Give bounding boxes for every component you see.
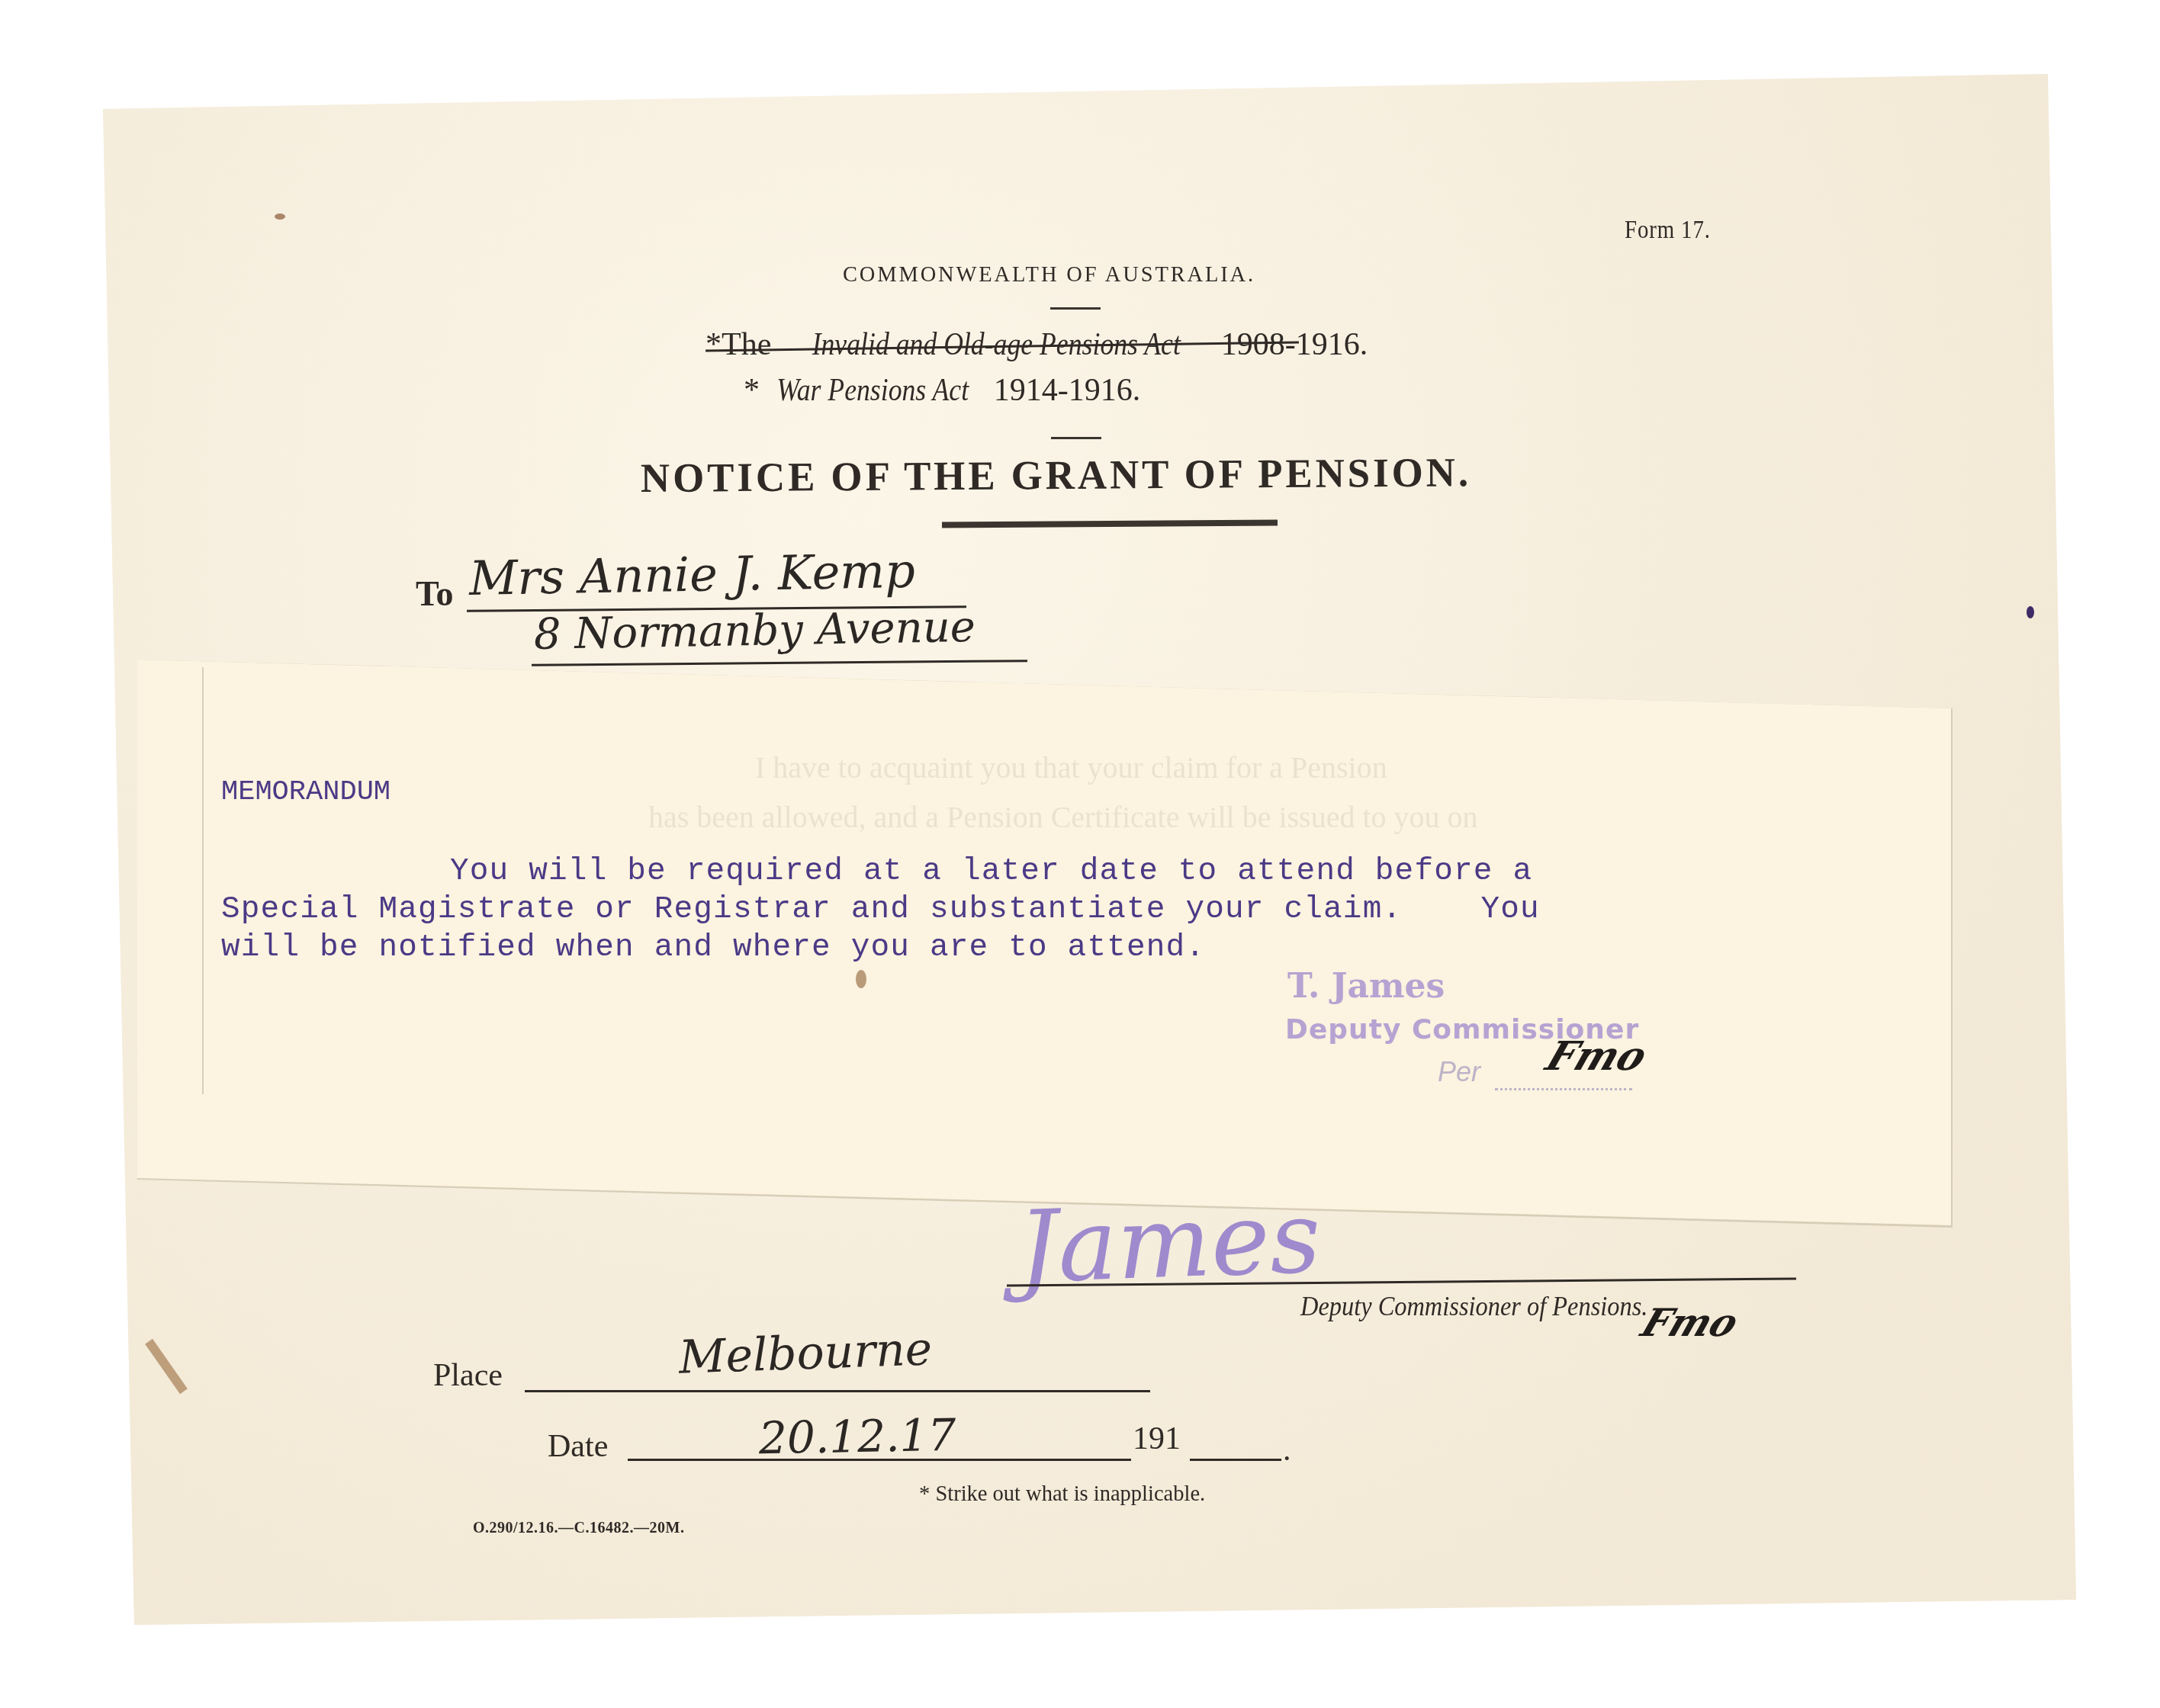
stain-mark [275, 213, 285, 220]
divider [1051, 437, 1101, 439]
underlying-print-line: has been allowed, and a Pension Certific… [648, 799, 1478, 835]
act-line: *War Pensions Act 1914-1916. [744, 372, 1140, 409]
act-line-struck: *The Invalid and Old-age Pensions Act 19… [706, 326, 1368, 363]
per-initials: Fmo [1540, 1033, 1654, 1080]
memorandum-title: MEMORANDUM [221, 776, 391, 808]
recipient-address: 8 Normanby Avenue [533, 602, 976, 660]
act-name: War Pensions Act [776, 372, 969, 409]
date-year-prefix: 191 [1133, 1421, 1181, 1457]
to-label: To [416, 573, 453, 614]
stamp-per-label: Per [1438, 1056, 1480, 1088]
issuer-heading: COMMONWEALTH OF AUSTRALIA. [843, 262, 1255, 287]
date-label: Date [548, 1428, 608, 1465]
slip-fold-crease [202, 667, 204, 1094]
signature-initials: Fmo [1635, 1300, 1744, 1345]
date-value: 20.12.17 [758, 1409, 956, 1464]
stain-mark [856, 970, 866, 988]
memorandum-line: will be notified when and where you are … [221, 930, 1205, 965]
place-label: Place [433, 1357, 503, 1394]
signature: James [1016, 1179, 1323, 1305]
year-underline [1190, 1459, 1281, 1461]
per-dotted-line [1495, 1088, 1632, 1090]
document-title: NOTICE OF THE GRANT OF PENSION. [641, 448, 1471, 502]
place-underline [525, 1390, 1150, 1392]
strike-out-note: * Strike out what is inapplicable. [919, 1481, 1205, 1507]
divider [1050, 307, 1101, 310]
act-years: 1908-1916. [1221, 327, 1368, 362]
stamp-name: T. James [1287, 967, 1445, 1006]
print-code: O.290/12.16.—C.16482.—20M. [473, 1520, 684, 1537]
memorandum-line: You will be required at a later date to … [450, 854, 1532, 889]
form-number: Form 17. [1625, 216, 1711, 245]
recipient-name: Mrs Annie J. Kemp [468, 543, 915, 606]
pension-notice-document: Form 17. COMMONWEALTH OF AUSTRALIA. *The… [0, 0, 2160, 1708]
act-years: 1914-1916. [994, 373, 1141, 408]
date-suffix: . [1283, 1432, 1291, 1469]
place-value: Melbourne [678, 1322, 933, 1385]
signature-caption: Deputy Commissioner of Pensions. [1300, 1290, 1647, 1322]
underlying-print-line: I have to acquaint you that your claim f… [755, 750, 1387, 785]
memorandum-line: Special Magistrate or Registrar and subs… [221, 892, 1540, 927]
ink-blot [2027, 606, 2034, 618]
